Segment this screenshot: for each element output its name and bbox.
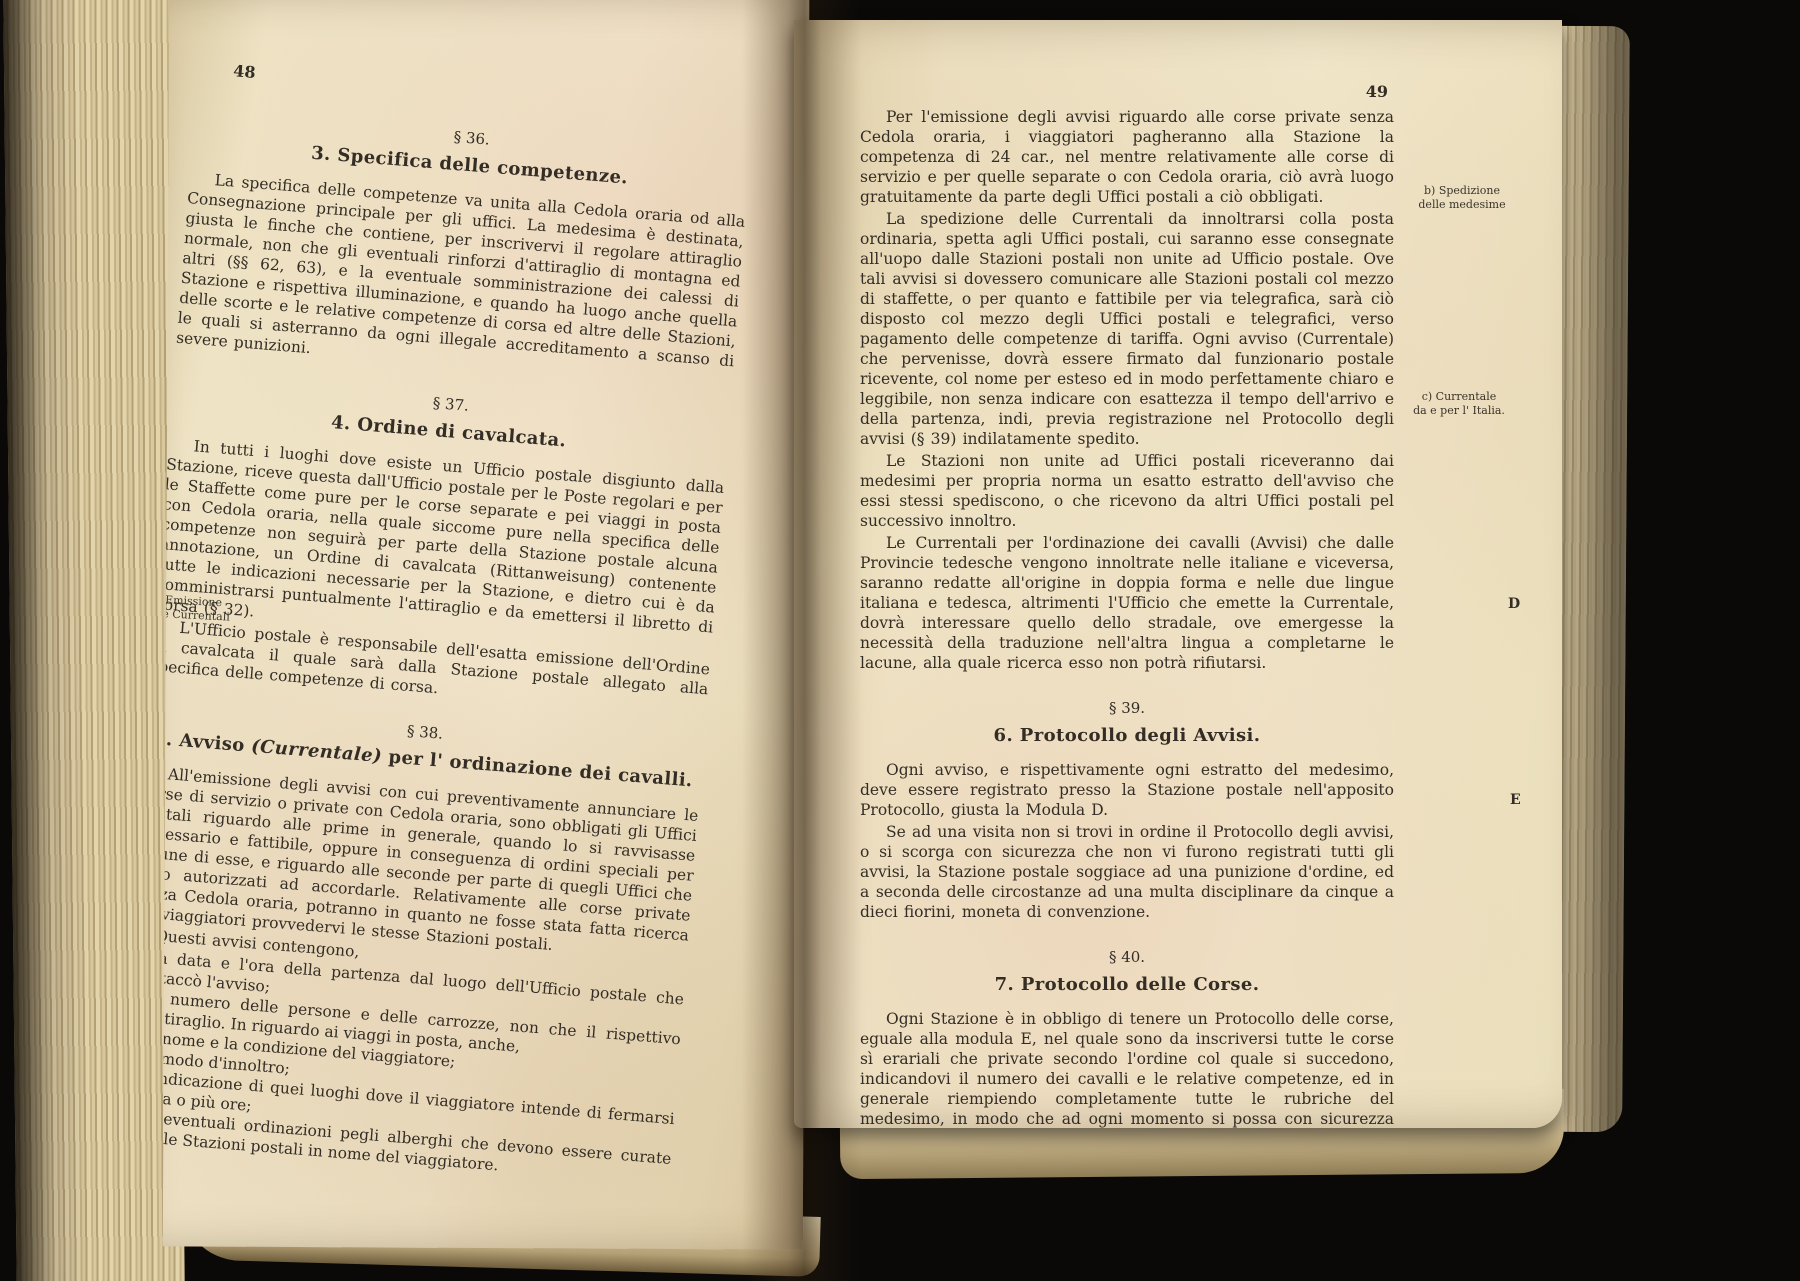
paragraph-spedizione-currentali: La spedizione delle Currentali da innolt… <box>860 209 1394 449</box>
margin-letter-e: E <box>1510 792 1521 808</box>
section-40-title: 7. Protocollo delle Corse. <box>860 974 1394 995</box>
paragraph-emission-private: Per l'emissione degli avvisi riguardo al… <box>860 107 1394 207</box>
section-40-number: § 40. <box>860 948 1394 966</box>
right-page: b) Spedizione delle medesime c) Currenta… <box>794 20 1562 1128</box>
section-39-number: § 39. <box>860 699 1394 717</box>
page-stack-left-edge <box>3 0 185 1281</box>
right-page-content: 49 Per l'emissione degli avvisi riguardo… <box>860 82 1394 1128</box>
section-38-title-pre: 5. Avviso <box>163 728 252 757</box>
left-page-content: 48 § 36. 3. Specifica delle competenze. … <box>163 48 756 1188</box>
paragraph-currentali-italia: Le Currentali per l'ordinazione dei cava… <box>860 533 1394 673</box>
avvisi-content-list: a) la data e l'ora della partenza dal lu… <box>163 946 685 1189</box>
section-36-paragraph: La specifica delle competenze va unita a… <box>175 168 745 391</box>
paragraph-stazioni-non-unite: Le Stazioni non unite ad Uffici postali … <box>860 451 1394 531</box>
left-page: a) Emissione delle Currentali 48 § 36. 3… <box>163 0 810 1250</box>
book-photo: a) Emissione delle Currentali 48 § 36. 3… <box>0 0 1800 1281</box>
margin-note-b-line2: delle medesime <box>1406 198 1518 212</box>
page-number-left: 48 <box>233 61 755 121</box>
margin-letter-d: D <box>1508 596 1520 612</box>
section-40-paragraph-1: Ogni Stazione è in obbligo di tenere un … <box>860 1009 1394 1128</box>
section-38-title-italic: (Currentale) <box>250 736 382 767</box>
margin-note-c-line1: c) Currentale <box>1398 390 1520 404</box>
section-39-paragraph-1: Ogni avviso, e rispettivamente ogni estr… <box>860 760 1394 820</box>
margin-note-c: c) Currentale da e per l' Italia. <box>1398 390 1520 418</box>
margin-note-c-line2: da e per l' Italia. <box>1398 404 1520 418</box>
margin-note-b: b) Spedizione delle medesime <box>1406 184 1518 212</box>
section-39-title: 6. Protocollo degli Avvisi. <box>860 725 1394 746</box>
page-number-right: 49 <box>860 82 1388 101</box>
margin-note-b-line1: b) Spedizione <box>1406 184 1518 198</box>
section-39-paragraph-2: Se ad una visita non si trovi in ordine … <box>860 822 1394 922</box>
